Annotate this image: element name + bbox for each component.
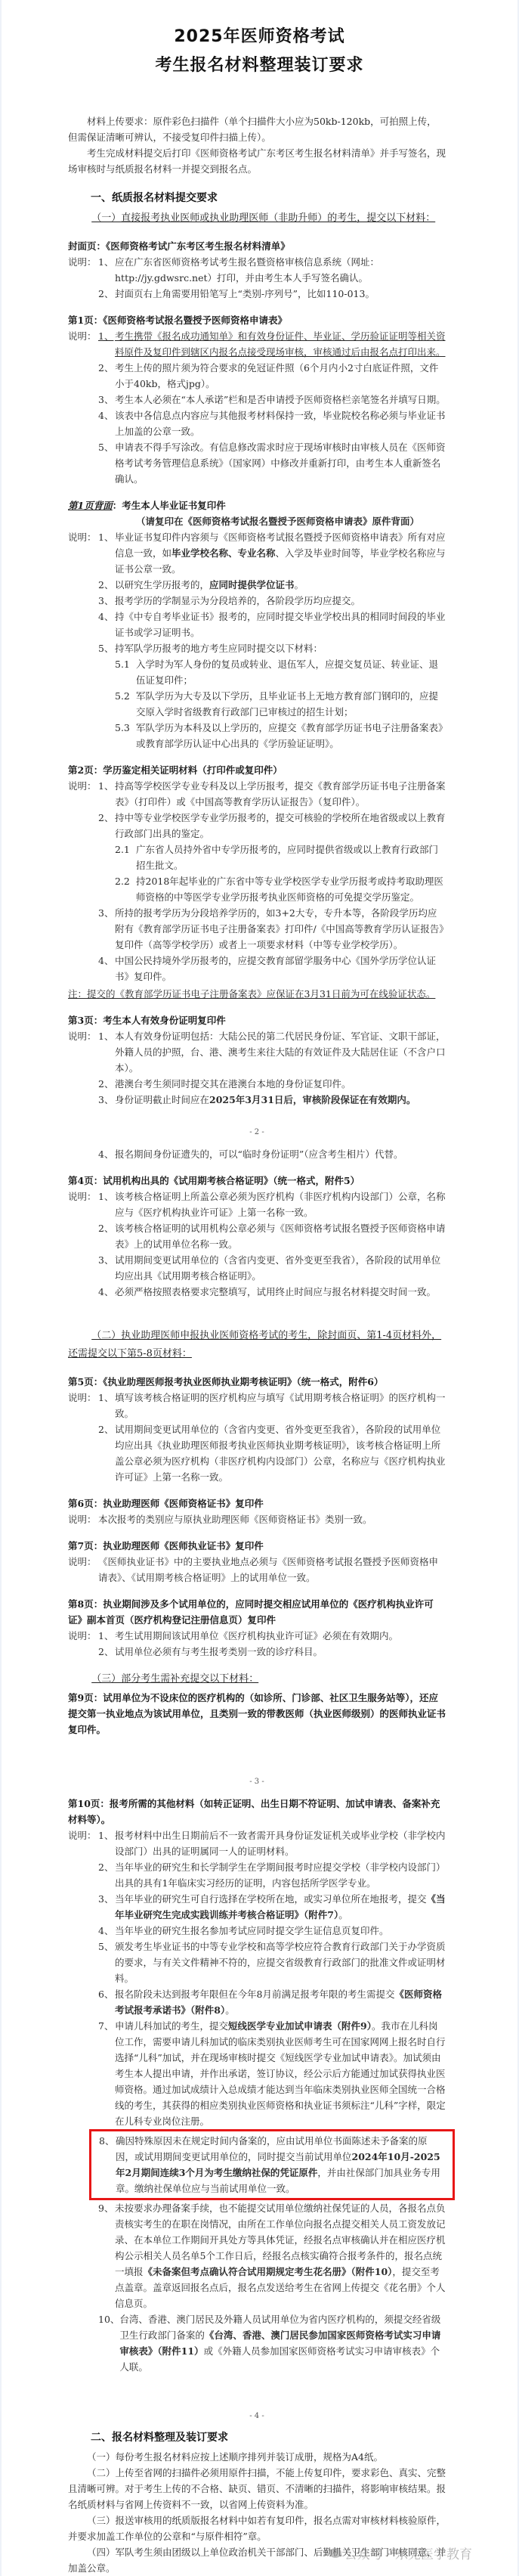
- note-label: 说明：: [68, 1554, 98, 1586]
- page-1-back-title-text: ：考生本人毕业证书复印件: [113, 500, 226, 511]
- page-1-title: 第1页：《医师资格考试报名暨授予医师资格申请表》: [68, 312, 446, 328]
- note-text: 当年毕业的研究生报名参加考试应同时提交学生证信息页复印件。: [115, 1923, 446, 1939]
- cover-page-title: 封面页：《医师资格考试广东考区考生报名材料清单》: [68, 238, 446, 254]
- note-num: 2、: [98, 360, 115, 392]
- page-1-back-label: 第1页背面: [68, 500, 113, 511]
- note-num: 1、: [98, 1028, 115, 1076]
- note-text: 以研究生学历报考的，应同时提供学位证书。: [115, 577, 446, 593]
- page-3-title: 第3页：考生本人有效身份证明复印件: [68, 1012, 446, 1028]
- note-num: 1、: [98, 1189, 115, 1220]
- highlighted-note-8: 8、确因特殊原因未在规定时间内备案的，应由试用单位书面陈述未予备案的原因，或试用…: [89, 2129, 455, 2200]
- note-num: 7、: [98, 2018, 115, 2129]
- note-text: 试用期间变更试用单位的（含省内变更、省外变更至我省），各阶段的试用单位均应出具《…: [115, 1421, 446, 1485]
- note-num: 4、: [98, 408, 115, 439]
- note-num: 2、: [98, 286, 115, 302]
- note-label: 说明：: [68, 1628, 98, 1660]
- note-text: 未按要求办理备案手续，也不能提交试用单位缴纳社保凭证的人员，各报名点负责核实考生…: [115, 2200, 446, 2311]
- note-label: 说明：: [68, 328, 98, 487]
- note-label: 说明：: [68, 1827, 98, 2375]
- page-9-block: 第9页：试用单位为不设床位的医疗机构的（如诊所、门诊部、社区卫生服务站等），还应…: [68, 1690, 446, 1737]
- sub-num: 2.1: [115, 842, 136, 873]
- note-text: 申请儿科加试的考生，提交短线医学专业加试申请表（附件9）。我市在儿科岗位工作，需…: [115, 2018, 446, 2129]
- page-1-back-subtitle: （请复印在《医师资格考试报名暨授予医师资格申请表》原件背面）: [68, 513, 446, 529]
- page-7-block: 第7页：执业助理医师《医师执业证书》复印件 说明： 《医师执业证书》中的主要执业…: [68, 1538, 446, 1586]
- sub-text: 入学时为军人身份的复员或转业、退伍军人，应提交复员证、转业证、退伍证复印件；: [136, 656, 446, 688]
- note-text: 中国公民持境外学历报考的，应提交教育部留学服务中心《国外学历学位认证书》复印件。: [115, 953, 446, 984]
- cover-page-block: 封面页：《医师资格考试广东考区考生报名材料清单》 说明： 1、应在广东省医师资格…: [68, 238, 446, 302]
- note-num: 2、: [98, 1859, 115, 1891]
- note-num: 6、: [98, 1986, 115, 2018]
- page-5-title: 第5页：《执业助理医师报考执业医师执业期考核证明》（统一格式，附件6）: [68, 1374, 446, 1390]
- page-1-back-block: 第1页背面：考生本人毕业证书复印件 （请复印在《医师资格考试报名暨授予医师资格申…: [68, 498, 446, 752]
- note-text: 考生上传的照片须为符合要求的免冠证件照（6个月内小2寸白底证件照，文件小于40k…: [115, 360, 446, 392]
- note-text: 考生携带《报名成功通知单》和有效身份证件、毕业证、学历验证证明等相关资料原件及复…: [115, 328, 446, 360]
- note-text: 持中等专业学校医学专业学历报考的，提交可核验的学校所在地省级或以上教育行政部门出…: [115, 810, 446, 842]
- note-num: 4、: [98, 1284, 115, 1300]
- page-6-block: 第6页：执业助理医师《医师资格证书》复印件 说明： 本次报考的类别应与原执业助理…: [68, 1496, 446, 1527]
- note-num: 3、: [98, 593, 115, 609]
- note-num: 1、: [98, 328, 115, 360]
- note-num: 1、: [98, 529, 115, 577]
- title-line-2: 考生报名材料整理装订要求: [2, 51, 517, 80]
- sub-num: 2.2: [115, 873, 136, 905]
- sub-text: 持2018年起毕业的广东省中等专业学校医学专业学历报考或持考取助理医师资格的中等…: [136, 873, 446, 905]
- note-num: 3、: [98, 1891, 115, 1923]
- note-num: 5、: [98, 640, 115, 656]
- note-label-spacer: [68, 1146, 98, 1162]
- page-1-block: 第1页：《医师资格考试报名暨授予医师资格申请表》 说明： 1、考生携带《报名成功…: [68, 312, 446, 487]
- page-6-title: 第6页：执业助理医师《医师资格证书》复印件: [68, 1496, 446, 1511]
- page-9-title: 第9页：试用单位为不设床位的医疗机构的（如诊所、门诊部、社区卫生服务站等），还应…: [68, 1690, 446, 1737]
- document-title: 2025年医师资格考试 考生报名材料整理装订要求: [2, 23, 517, 80]
- page-8-title: 第8页：执业期间涉及多个试用单位的，应同时提交相应试用单位的《医疗机构执业许可证…: [68, 1596, 446, 1628]
- note-text: 考生本人必须在“本人承诺”栏和是否申请授予医师资格栏亲笔签名并填写日期。: [115, 392, 446, 408]
- note-num: 4、: [98, 609, 115, 640]
- note-num: 3、: [98, 1252, 115, 1284]
- note-num: 5、: [98, 439, 115, 487]
- note-text: 应在广东省医师资格考试考生报名暨资格审核信息系统（网址：http://jy.gd…: [115, 254, 446, 286]
- note-num: 8、: [99, 2133, 116, 2196]
- note-num: 5、: [98, 1939, 115, 1986]
- sub-text: 军队学历为大专及以下学历，且毕业证书上无地方教育部门钢印的，应提交原入学时省级教…: [136, 688, 446, 720]
- note-num: 4、: [98, 1146, 115, 1162]
- intro-upload-requirement: 材料上传要求：原件彩色扫描件（单个扫描件大小应为50kb-120kb，可拍照上传…: [68, 113, 446, 145]
- page-10-title: 第10页：报考所需的其他材料（如转正证明、出生日期不符证明、加试申请表、备案补充…: [68, 1796, 446, 1827]
- note-text: 试用单位必须有与考生报考类别一致的诊疗科目。: [115, 1644, 446, 1660]
- note-num: 1、: [98, 1827, 115, 1859]
- note-text: 该表中各信息点内容应与其他报考材料保持一致，毕业院校名称必须与毕业证书上加盖的公…: [115, 408, 446, 439]
- note-text: 港澳台考生须同时提交其在港澳台本地的身份证复印件。: [115, 1076, 446, 1092]
- note-text: 该考核合格证明的试用机构公章必须与《医师资格考试报名暨授予医师资格申请表》上的试…: [115, 1220, 446, 1252]
- note-num: 2、: [98, 1644, 115, 1660]
- note-text: 《医师执业证书》中的主要执业地点必须与《医师资格考试报名暨授予医师资格申请表》、…: [98, 1556, 438, 1583]
- page-3-block: 第3页：考生本人有效身份证明复印件 说明： 1、本人有效身份证明包括：大陆公民的…: [68, 1012, 446, 1162]
- sub-text: 军队学历为本科及以上学历的，应提交《教育部学历证书电子注册备案表》或教育部学历认…: [136, 720, 446, 752]
- note-num: 3、: [98, 1092, 115, 1108]
- wechat-icon: [329, 2548, 341, 2558]
- sub-num: 5.2: [115, 688, 136, 720]
- section-2-para-1: （一）每份考生报名材料应按上述顺序排列并装订成册，规格为A4纸。: [68, 2449, 446, 2465]
- title-line-1: 2025年医师资格考试: [2, 23, 517, 51]
- note-label: 说明：: [68, 529, 98, 752]
- document-page: 2025年医师资格考试 考生报名材料整理装订要求 材料上传要求：原件彩色扫描件（…: [2, 0, 517, 2576]
- note-label: 说明：: [68, 1390, 98, 1485]
- note-text: 报名阶段未达到报考年限但在今年8月前满足报考年限的考生需提交《医师资格考试报考承…: [115, 1986, 446, 2018]
- sub-text: 广东省人员持外省中专学历报考的，应同时提供省级或以上教育行政部门招生批文。: [136, 842, 446, 873]
- note-text: 封面页右上角需要用铅笔写上“类别-序列号”，比如110-013。: [115, 286, 446, 302]
- page-4-title: 第4页：试用机构出具的《试用期考核合格证明》（统一格式，附件5）: [68, 1173, 446, 1189]
- section-2-para-2: （二）上传至省网的扫描件必须用原件扫描，不能上传复印件，要求彩色、真实、完整且清…: [68, 2465, 446, 2512]
- note-label: 说明：: [68, 1028, 98, 1108]
- note-num: 1、: [98, 254, 115, 286]
- intro-checklist-requirement: 考生完成材料提交后打印《医师资格考试广东考区考生报名材料清单》并手写签名，现场审…: [68, 145, 446, 177]
- section-2-para-3: （三）报送审核用的纸质版报名材料中如若有复印件，报名点需对审核材料核验原件，并要…: [68, 2512, 446, 2544]
- note-text: 报名期间身份证遗失的，可以“临时身份证明”（应含考生相片）代替。: [115, 1146, 446, 1162]
- note-num: 2、: [98, 1076, 115, 1092]
- note-num: 4、: [98, 1923, 115, 1939]
- note-text: 报考材料中出生日期前后不一致者需开具身份证发证机关或毕业学校（非学校内设部门）出…: [115, 1827, 446, 1859]
- note-text: 报考学历的学制显示为分段培养的，各阶段学历均应提交。: [115, 593, 446, 609]
- intro: 材料上传要求：原件彩色扫描件（单个扫描件大小应为50kb-120kb，可拍照上传…: [68, 113, 446, 177]
- note-text: 必须严格按照表格要求完整填写，试用终止时间应与报名材料提交时间一致。: [115, 1284, 446, 1300]
- note-text: 身份证明截止时间应在2025年3月31日后，审核阶段保证在有效期内。: [115, 1092, 446, 1108]
- page-10-block: 第10页：报考所需的其他材料（如转正证明、出生日期不符证明、加试申请表、备案补充…: [68, 1796, 446, 2375]
- note-text: 填写该考核合格证明的医疗机构应与填写《试用期考核合格证明》的医疗机构一致。: [115, 1390, 446, 1421]
- note-text: 本人有效身份证明包括：大陆公民的第二代居民身份证、军官证、文职干部证，外籍人员的…: [115, 1028, 446, 1076]
- note-text: 颁发考生毕业证书的中等专业学校和高等学校应符合教育行政部门关于办学资质的要求，与…: [115, 1939, 446, 1986]
- note-text: 确因特殊原因未在规定时间内备案的，应由试用单位书面陈述未予备案的原因，或试用期间…: [116, 2133, 445, 2196]
- note-num: 4、: [98, 953, 115, 984]
- page-2-block: 第2页：学历鉴定相关证明材料（打印件或复印件） 说明： 1、持高等学校医学专业专…: [68, 762, 446, 1002]
- note-num: 2、: [98, 810, 115, 842]
- sub-num: 5.3: [115, 720, 136, 752]
- watermark-text: 公众号 · 东莞医学教育: [344, 2543, 472, 2562]
- note-text: 持《中专自考毕业证书》报考的，应同时提交毕业学校出具的相同时间段的毕业证书或学习…: [115, 609, 446, 640]
- note-text: 台湾、香港、澳门居民及外籍人员试用单位为省内医疗机构的，须提交经省级卫生行政部门…: [119, 2311, 446, 2375]
- note-num: 1、: [98, 778, 115, 810]
- note-label: 说明：: [68, 1189, 98, 1300]
- page-number-3: - 3 -: [68, 1774, 446, 1790]
- note-num: 2、: [98, 577, 115, 593]
- section-1-heading: 一、纸质报名材料提交要求: [91, 191, 446, 206]
- watermark: 公众号 · 东莞医学教育: [329, 2543, 472, 2562]
- note-text: 持军队学历报考的地方考生应同时提交以下材料：: [115, 640, 446, 656]
- note-label: 说明：: [68, 1511, 98, 1527]
- note-text: 考生试用期间该试用单位《医疗机构执业许可证》必须在有效期内。: [115, 1628, 446, 1644]
- page-2-footnote: 注：提交的《教育部学历证书电子注册备案表》应保证在3月31日前为可在线验证状态。: [68, 986, 446, 1002]
- subsection-3-heading: （三）部分考生需补充提交以下材料：: [68, 1670, 446, 1688]
- note-text: 毕业证书复印件内容须与《医师资格考试报名暨授予医师资格申请表》所有对应信息一致，…: [115, 529, 446, 577]
- note-num: 1、: [98, 1628, 115, 1644]
- subsection-2-heading: （二）执业助理医师申报执业医师资格考试的考生，除封面页、第1-4页材料外，还需提…: [68, 1327, 446, 1363]
- note-label: 说明：: [68, 254, 98, 302]
- note-text: 本次报考的类别应与原执业助理医师《医师资格证书》类别一致。: [98, 1514, 372, 1525]
- note-text: 所持的报考学历为分段培养学历的，如3+2大专，专升本等，各阶段学历均应附有《教育…: [115, 905, 446, 953]
- page-number-4: - 4 -: [68, 2408, 446, 2424]
- note-num: 9、: [98, 2200, 115, 2311]
- page-8-block: 第8页：执业期间涉及多个试用单位的，应同时提交相应试用单位的《医疗机构执业许可证…: [68, 1596, 446, 1660]
- page-2-title: 第2页：学历鉴定相关证明材料（打印件或复印件）: [68, 762, 446, 778]
- sub-num: 5.1: [115, 656, 136, 688]
- note-text: 当年毕业的研究生和长学制学生在学期间报考时应提交学校（非学校内设部门）出具的具有…: [115, 1859, 446, 1891]
- page-4-block: 第4页：试用机构出具的《试用期考核合格证明》（统一格式，附件5） 说明： 1、该…: [68, 1173, 446, 1300]
- note-num: 10、: [98, 2311, 119, 2375]
- section-2-heading: 二、报名材料整理及装订要求: [91, 2430, 446, 2446]
- page-5-block: 第5页：《执业助理医师报考执业医师执业期考核证明》（统一格式，附件6） 说明： …: [68, 1374, 446, 1485]
- note-num: 2、: [98, 1421, 115, 1485]
- note-num: 2、: [98, 1220, 115, 1252]
- note-text: 该考核合格证明上所盖公章必须为医疗机构（非医疗机构内设部门）公章，名称应与《医疗…: [115, 1189, 446, 1220]
- page-7-title: 第7页：执业助理医师《医师执业证书》复印件: [68, 1538, 446, 1554]
- note-text: 试用期间变更试用单位的（含省内变更、省外变更至我省），各阶段的试用单位均应出具《…: [115, 1252, 446, 1284]
- document-body: 材料上传要求：原件彩色扫描件（单个扫描件大小应为50kb-120kb，可拍照上传…: [2, 113, 517, 2576]
- note-text: 当年毕业的研究生可自行选择在学校所在地，或实习单位所在地报考，提交《当年毕业研究…: [115, 1891, 446, 1923]
- note-text: 申请表不得手写涂改。有信息修改需求时应于现场审核时由审核人员在《医师资格考试考务…: [115, 439, 446, 487]
- note-text: 持高等学校医学专业专科及以上学历报考，提交《教育部学历证书电子注册备案表》（打印…: [115, 778, 446, 810]
- subsection-1-heading: （一）直接报考执业医师或执业助理医师（非助升师）的考生，提交以下材料：: [68, 209, 446, 228]
- page-number-2: - 2 -: [68, 1124, 446, 1140]
- note-num: 1、: [98, 1390, 115, 1421]
- note-num: 3、: [98, 905, 115, 953]
- note-num: 3、: [98, 392, 115, 408]
- page-1-back-title: 第1页背面：考生本人毕业证书复印件: [68, 498, 446, 513]
- note-label: 说明：: [68, 778, 98, 984]
